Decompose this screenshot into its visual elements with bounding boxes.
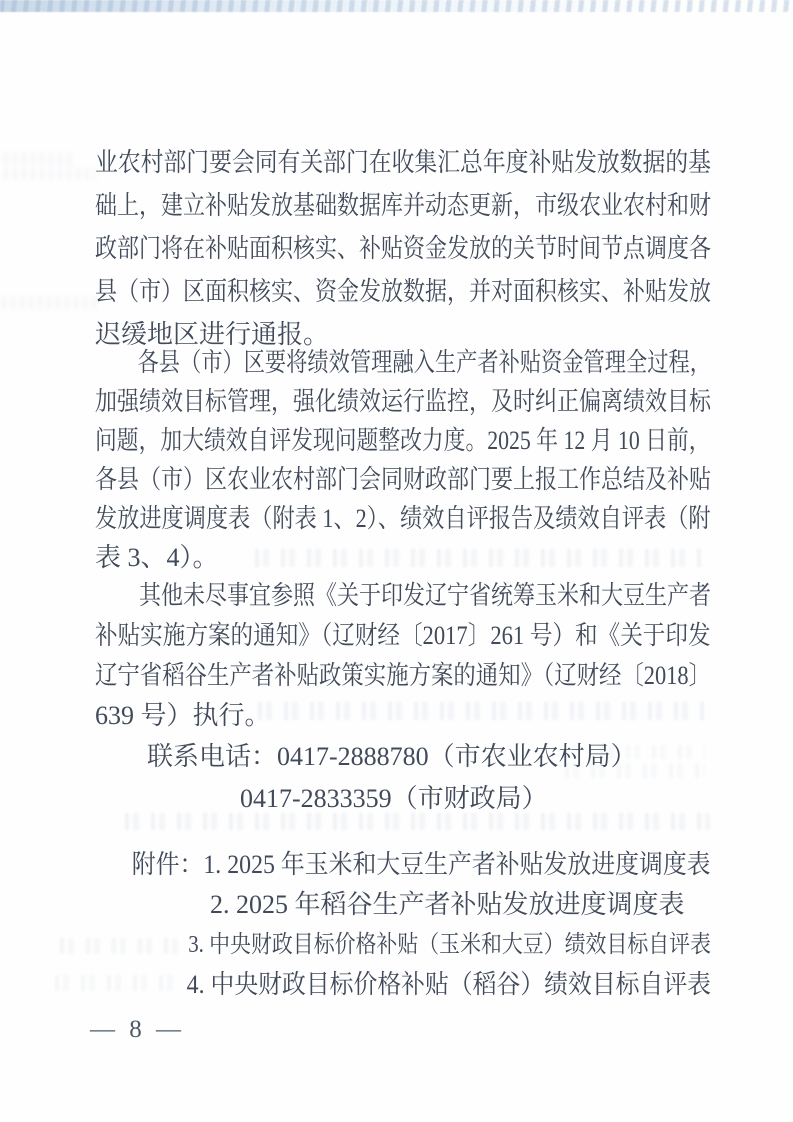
text-line: 其他未尽事宜参照《关于印发辽宁省统筹玉米和大豆生产者 [95,576,616,616]
text-line: 政部门将在补贴面积核实、补贴资金发放的关节时间节点调度各 [95,227,616,270]
text-line: 问题，加大绩效自评发现问题整改力度。2025 年 12 月 10 日前， [95,421,611,460]
paragraph-performance-management: 各县（市）区要将绩效管理融入生产者补贴资金管理全过程， 加强绩效目标管理，强化绩… [95,343,711,577]
attachment-item-2: 2. 2025 年稻谷生产者补贴发放进度调度表 [95,885,711,925]
text-line: 辽宁省稻谷生产者补贴政策实施方案的通知》（辽财经〔2018〕 [95,656,626,696]
page-number: — 8 — [90,1016,185,1044]
scan-artifact-top-edge [0,0,793,12]
scan-smudge [2,296,98,310]
bleed-through-artifact [60,938,190,954]
bleed-through-artifact [55,975,175,991]
scanned-document-page: 业农村部门要会同有关部门在收集汇总年度补贴发放数据的基 础上，建立补贴发放基础数… [0,0,793,1122]
text-line: 加强绩效目标管理，强化绩效运行监控，及时纠正偏离绩效目标 [95,382,616,421]
attachment-item-1: 附件：1. 2025 年玉米和大豆生产者补贴发放进度调度表 [95,845,661,885]
scan-smudge [4,168,96,180]
text-line: 县（市）区面积核实、资金发放数据，并对面积核实、补贴发放 [95,270,616,313]
paragraph-data-collection: 业农村部门要会同有关部门在收集汇总年度补贴发放数据的基 础上，建立补贴发放基础数… [95,141,711,356]
attachments-label: 附件： [132,850,204,879]
bleed-through-artifact [258,702,706,720]
text-line: 业农村部门要会同有关部门在收集汇总年度补贴发放数据的基 [95,141,636,184]
text-line: 发放进度调度表（附表 1、2）、绩效自评报告及绩效自评表（附 [95,499,621,538]
bleed-through-artifact [565,763,705,778]
scan-smudge [4,152,74,165]
bleed-through-artifact [125,813,710,830]
text-line: 各县（市）区要将绩效管理融入生产者补贴资金管理全过程， [95,343,598,382]
attachments-block: 附件：1. 2025 年玉米和大豆生产者补贴发放进度调度表 2. 2025 年稻… [95,845,711,1005]
attachment-item-4: 4. 中央财政目标价格补贴（稻谷）绩效目标自评表 [95,965,660,1005]
attachment-item-text: 1. 2025 年玉米和大豆生产者补贴发放进度调度表 [203,850,710,879]
text-line: 各县（市）区农业农村部门会同财政部门要上报工作总结及补贴 [95,460,616,499]
text-line: 补贴实施方案的通知》（辽财经〔2017〕261 号）和《关于印发 [95,616,630,656]
bleed-through-artifact [600,745,705,759]
bleed-through-artifact [255,549,705,567]
text-line: 础上，建立补贴发放基础数据库并动态更新，市级农业农村和财 [95,184,616,227]
